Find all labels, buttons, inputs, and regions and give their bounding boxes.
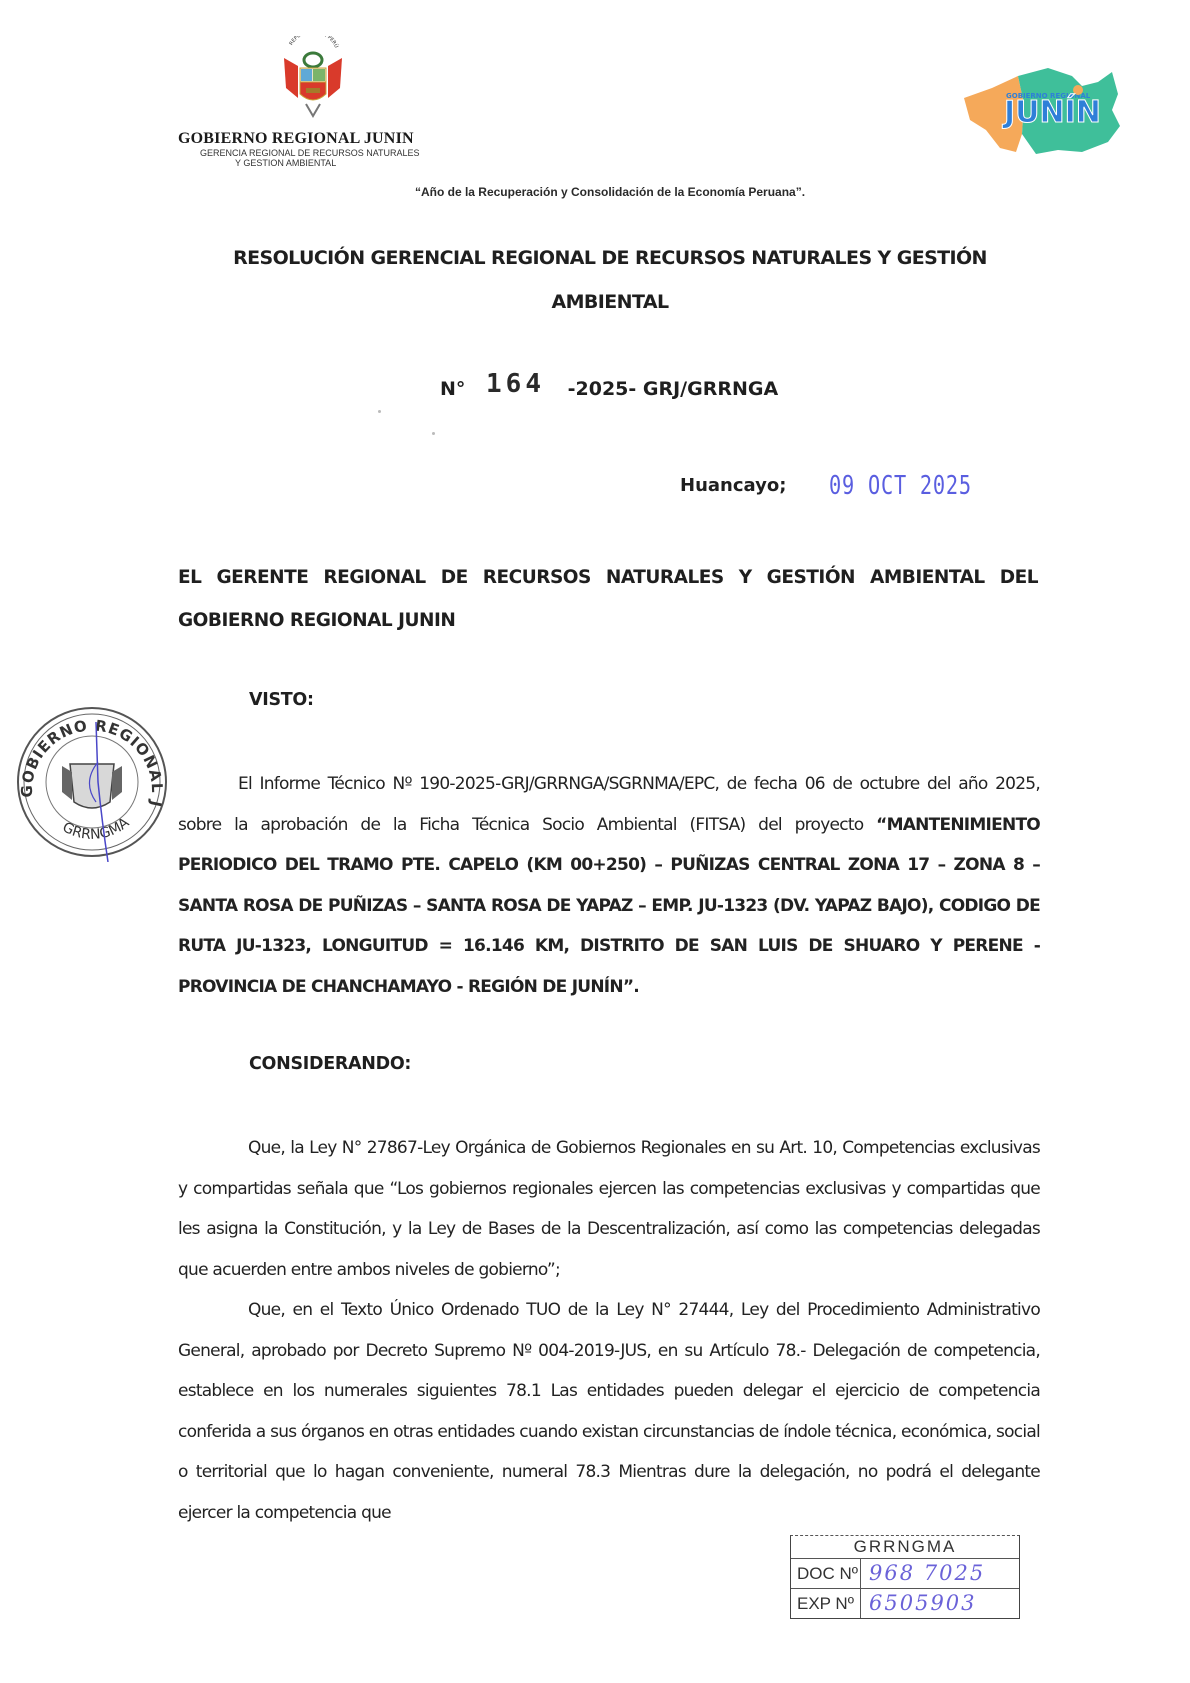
org-name: GOBIERNO REGIONAL JUNIN <box>178 130 420 148</box>
svg-text:GRRNGMA: GRRNGMA <box>60 815 133 843</box>
registration-stamp-title: GRRNGMA <box>791 1536 1019 1559</box>
considerando-paragraph-2: Que, en el Texto Único Ordenado TUO de l… <box>178 1290 1040 1533</box>
visto-heading: VISTO: <box>249 690 314 710</box>
institution-block: GOBIERNO REGIONAL JUNIN GERENCIA REGIONA… <box>178 130 420 168</box>
registration-row-doc: DOC Nº 968 7025 <box>791 1559 1019 1589</box>
visto-paragraph: El Informe Técnico Nº 190-2025-GRJ/GRRNG… <box>178 764 1040 1007</box>
registration-stamp: GRRNGMA DOC Nº 968 7025 EXP Nº 6505903 <box>790 1535 1020 1619</box>
scan-speck <box>432 432 435 435</box>
exp-number-label: EXP Nº <box>791 1589 861 1618</box>
document-title-line2: AMBIENTAL <box>0 291 1190 313</box>
doc-number-value: 968 7025 <box>861 1559 1019 1588</box>
resolution-number-suffix: -2025- GRJ/GRRNGA <box>568 378 779 400</box>
doc-number-label: DOC Nº <box>791 1559 861 1588</box>
junin-region-logo: GOBIERNO REGIONAL JUNÍN <box>962 64 1124 156</box>
considerando-text-2: Que, en el Texto Único Ordenado TUO de l… <box>178 1300 1040 1523</box>
resolution-number: N° 164 -2025- GRJ/GRRNGA <box>440 372 778 402</box>
svg-text:JUNÍN: JUNÍN <box>1002 94 1101 130</box>
svg-text:REPÚBLICA DEL PERÚ: REPÚBLICA DEL PERÚ <box>288 36 340 49</box>
document-title-line1: RESOLUCIÓN GERENCIAL REGIONAL DE RECURSO… <box>0 247 1190 269</box>
authority-line1: EL GERENTE REGIONAL DE RECURSOS NATURALE… <box>178 556 1038 599</box>
project-name: “MANTENIMIENTO PERIODICO DEL TRAMO PTE. … <box>178 815 1040 997</box>
considerando-text-1: Que, la Ley N° 27867-Ley Orgánica de Gob… <box>178 1138 1040 1280</box>
peru-coat-of-arms-icon: REPÚBLICA DEL PERÚ <box>276 36 350 126</box>
place: Huancayo; <box>680 475 786 496</box>
org-subunit-line2: Y GESTION AMBIENTAL <box>235 158 420 168</box>
org-subunit-line1: GERENCIA REGIONAL DE RECURSOS NATURALES <box>200 148 420 158</box>
date-stamp: 09 OCT 2025 <box>829 471 972 501</box>
resolution-number-value: 164 <box>486 369 545 399</box>
year-motto: “Año de la Recuperación y Consolidación … <box>0 185 1190 199</box>
resolution-number-label: N° <box>440 378 465 400</box>
scan-speck <box>378 410 381 413</box>
place-date: Huancayo; 09 OCT 2025 <box>680 468 1012 498</box>
issuing-authority: EL GERENTE REGIONAL DE RECURSOS NATURALE… <box>178 556 1038 642</box>
authority-line2: GOBIERNO REGIONAL JUNIN <box>178 610 455 631</box>
exp-number-value: 6505903 <box>861 1589 1019 1618</box>
registration-row-exp: EXP Nº 6505903 <box>791 1589 1019 1618</box>
considerando-heading: CONSIDERANDO: <box>249 1054 411 1074</box>
official-seal-icon: GOBIERNO REGIONAL JUNÍN GRRNGMA <box>12 702 172 862</box>
considerando-paragraph-1: Que, la Ley N° 27867-Ley Orgánica de Gob… <box>178 1128 1040 1290</box>
